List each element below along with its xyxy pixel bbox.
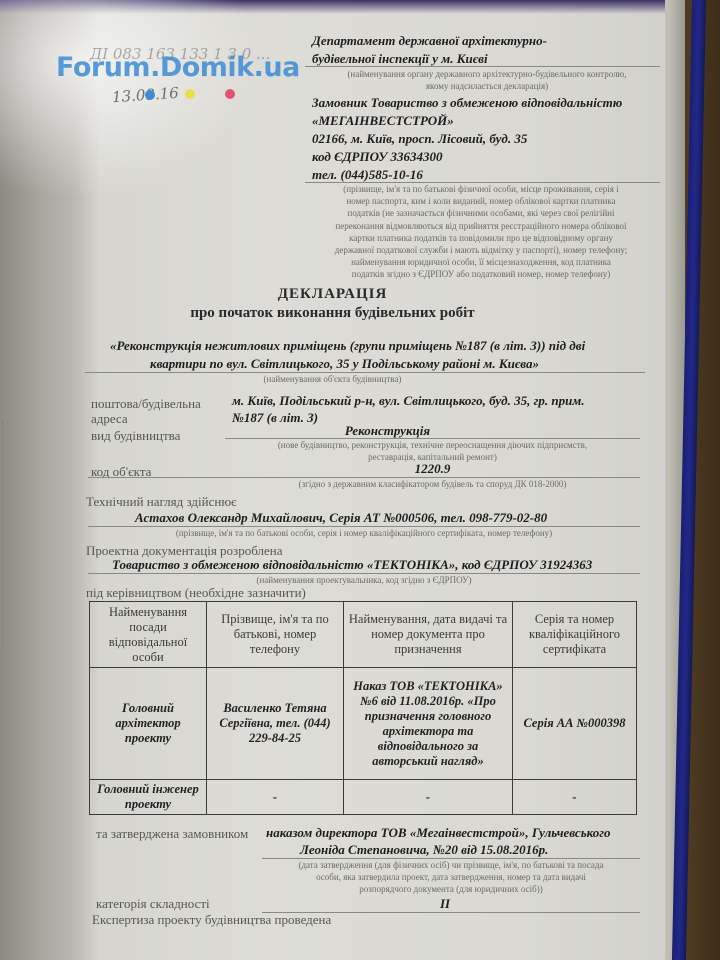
caption-line: особи, яка затвердила проект, дата затве… bbox=[262, 871, 640, 883]
table-header-row: Найменування посади відповідальної особи… bbox=[90, 602, 637, 668]
document-subtitle: про початок виконання будівельних робіт bbox=[0, 305, 665, 322]
header-position: Найменування посади відповідальної особи bbox=[90, 602, 207, 668]
caption-line: розпорядчого документа (для юридичних ос… bbox=[262, 883, 640, 895]
address-label: поштова/будівельна адреса bbox=[91, 396, 211, 426]
object-name-line1: «Реконструкція нежитлових приміщень (гру… bbox=[110, 338, 585, 354]
approval-caption: (дата затвердження (для фізичних осіб) ч… bbox=[262, 859, 640, 895]
approval-value-line2: Леоніда Степановича, №20 від 15.08.2016р… bbox=[300, 842, 548, 858]
margin-handwriting bbox=[2, 420, 33, 650]
caption-line: (дата затвердження (для фізичних осіб) ч… bbox=[262, 859, 640, 871]
cell-certificate: - bbox=[513, 780, 637, 815]
customer-line1: Замовник Товариство з обмеженою відповід… bbox=[312, 94, 622, 112]
watermark-dot-yellow-icon bbox=[185, 89, 195, 99]
caption-line: переконання відмовляються від прийняття … bbox=[300, 220, 662, 232]
caption-line: (прізвище, ім'я та по батькові фізичної … bbox=[300, 183, 662, 195]
cell-position: Головний архітектор проекту bbox=[90, 668, 207, 780]
cell-person: Василенко Тетяна Сергіївна, тел. (044) 2… bbox=[207, 668, 344, 780]
authority-line1: Департамент державної архітектурно- bbox=[312, 32, 547, 50]
caption-line: номер паспорта, ким і коли виданий, номе… bbox=[300, 195, 662, 207]
object-code-caption: (згідно з державним класифікатором будів… bbox=[225, 478, 640, 490]
project-docs-value: Товариство з обмеженою відповідальністю … bbox=[112, 557, 592, 573]
header-person: Прізвище, ім'я та по батькові, номер тел… bbox=[207, 602, 344, 668]
caption-line: державної податкової служби і мають відм… bbox=[300, 244, 662, 256]
object-code-value: 1220.9 bbox=[225, 461, 640, 477]
approval-value-line1: наказом директора ТОВ «Мегаінвестстрой»,… bbox=[266, 825, 611, 841]
cell-position: Головний інженер проекту bbox=[90, 780, 207, 815]
construction-type-value: Реконструкція bbox=[0, 423, 665, 439]
object-name-caption: (найменування об'єкта будівництва) bbox=[0, 373, 665, 385]
cell-certificate: Серія АА №000398 bbox=[513, 668, 637, 780]
header-certificate: Серія та номер кваліфікаційного сертифік… bbox=[513, 602, 637, 668]
cell-document: - bbox=[344, 780, 513, 815]
watermark-dot-pink-icon bbox=[225, 89, 235, 99]
caption-line: податків (не зазначається фізичними особ… bbox=[300, 207, 662, 219]
complexity-label: категорія складності bbox=[96, 896, 210, 912]
table-row: Головний архітектор проекту Василенко Те… bbox=[90, 668, 637, 780]
caption-line: найменування юридичної особи, її місцезн… bbox=[300, 256, 662, 268]
supervision-caption: (прізвище, ім'я та по батькові особи, се… bbox=[88, 527, 640, 539]
caption-line: картки платника податків та повідомили п… bbox=[300, 232, 662, 244]
caption-line: податків згідно з ЄДРПОУ або податковий … bbox=[300, 268, 662, 280]
watermark-dot-blue-icon bbox=[145, 90, 155, 100]
expertise-label: Експертиза проекту будівництва проведена bbox=[92, 912, 331, 928]
address-value-line1: м. Київ, Подільський р-н, вул. Світлицьк… bbox=[232, 393, 585, 409]
management-label: під керівництвом (необхідне зазначити) bbox=[86, 585, 306, 601]
header-document: Найменування, дата видачі та номер докум… bbox=[344, 602, 513, 668]
authority-caption-2: якому надсилається декларація) bbox=[312, 80, 662, 92]
rule bbox=[305, 66, 660, 67]
document-sheet: ДІ 083 163 133 1 3 0 ... 13.08.16 Forum.… bbox=[0, 0, 665, 960]
cell-document: Наказ ТОВ «ТЕКТОНІКА» №6 від 11.08.2016р… bbox=[344, 668, 513, 780]
cell-person: - bbox=[207, 780, 344, 815]
customer-caption: (прізвище, ім'я та по батькові фізичної … bbox=[300, 183, 662, 281]
supervision-value: Астахов Олександр Михайлович, Серія АТ №… bbox=[135, 510, 547, 526]
document-title: ДЕКЛАРАЦІЯ bbox=[0, 286, 665, 303]
table-row: Головний інженер проекту - - - bbox=[90, 780, 637, 815]
customer-line2: «МЕГАІНВЕСТСТРОЙ» bbox=[312, 112, 454, 130]
watermark-logo: Forum.Domik.ua bbox=[56, 52, 300, 83]
responsible-persons-table: Найменування посади відповідальної особи… bbox=[89, 601, 637, 815]
object-name-line2: квартири по вул. Світлицького, 35 у Поді… bbox=[150, 356, 539, 372]
customer-code: код ЄДРПОУ 33634300 bbox=[312, 148, 443, 166]
complexity-value: II bbox=[440, 896, 450, 912]
construction-type-caption-1: (нове будівництво, реконструкція, техніч… bbox=[225, 439, 640, 451]
supervision-label: Технічний нагляд здійснює bbox=[86, 494, 237, 510]
customer-address: 02166, м. Київ, просп. Лісовий, буд. 35 bbox=[312, 130, 527, 148]
approval-label: та затверджена замовником bbox=[96, 826, 248, 842]
authority-caption-1: (найменування органу державного архітект… bbox=[312, 68, 662, 80]
